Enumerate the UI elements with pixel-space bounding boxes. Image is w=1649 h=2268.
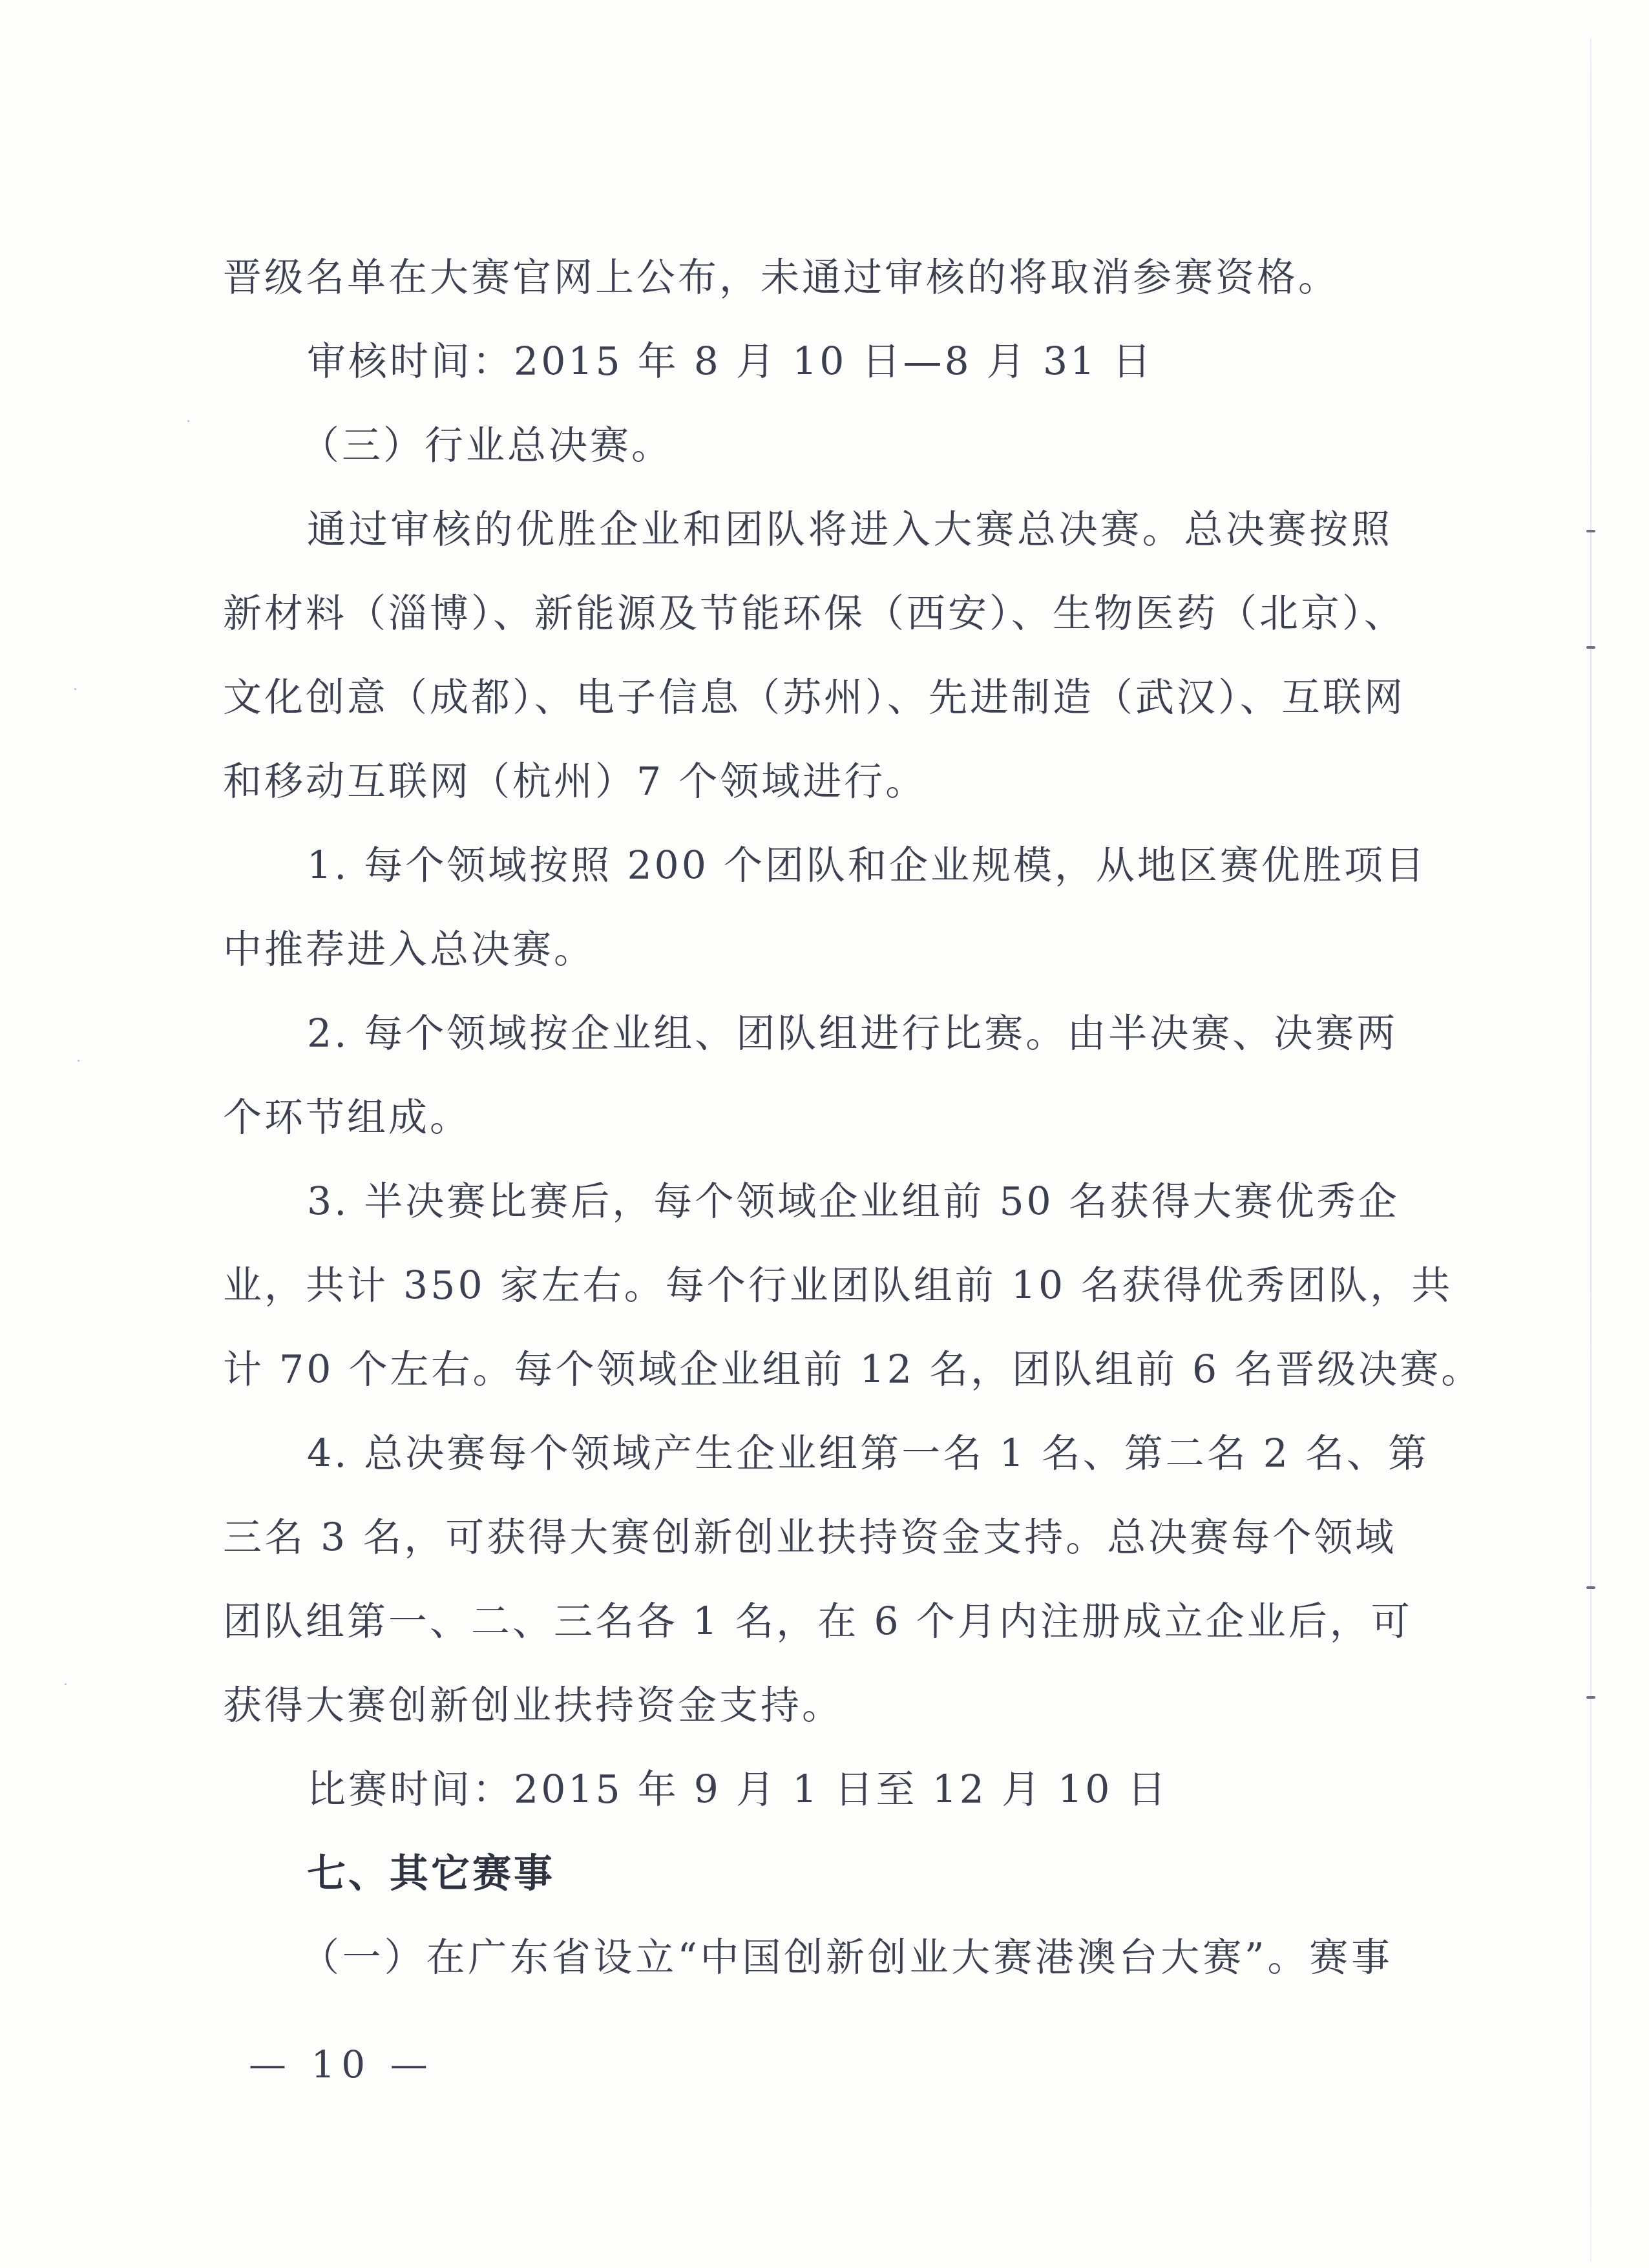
scan-edge-line xyxy=(1590,39,1591,2262)
list-item-2: 2. 每个领域按企业组、团队组进行比赛。由半决赛、决赛两 xyxy=(307,1008,1392,1060)
body-line: 文化创意（成都）、电子信息（苏州）、先进制造（武汉）、互联网 xyxy=(223,672,1392,724)
scan-mark xyxy=(1586,646,1595,649)
body-line: 业，共计 350 家左右。每个行业团队组前 10 名获得优秀团队，共 xyxy=(223,1260,1392,1312)
scan-mark xyxy=(1586,1696,1595,1699)
section-heading-other-events: 七、其它赛事 xyxy=(307,1848,1392,1900)
body-line: 通过审核的优胜企业和团队将进入大赛总决赛。总决赛按照 xyxy=(307,504,1392,556)
list-item-1: 1. 每个领域按照 200 个团队和企业规模，从地区赛优胜项目 xyxy=(307,840,1392,892)
scan-speck xyxy=(78,1060,79,1062)
body-line: 和移动互联网（杭州）7 个领域进行。 xyxy=(223,756,1392,808)
scan-mark xyxy=(1586,530,1595,532)
body-line: 三名 3 名，可获得大赛创新创业扶持资金支持。总决赛每个领域 xyxy=(223,1512,1392,1564)
body-line: 个环节组成。 xyxy=(223,1092,1392,1144)
document-page: 晋级名单在大赛官网上公布，未通过审核的将取消参赛资格。 审核时间：2015 年 … xyxy=(0,0,1649,2268)
list-item-3: 3. 半决赛比赛后，每个领域企业组前 50 名获得大赛优秀企 xyxy=(307,1176,1392,1228)
body-line: 团队组第一、二、三名各 1 名，在 6 个月内注册成立企业后，可 xyxy=(223,1596,1392,1648)
body-line: 晋级名单在大赛官网上公布，未通过审核的将取消参赛资格。 xyxy=(223,252,1392,304)
scan-speck xyxy=(74,688,76,690)
body-line: 新材料（淄博）、新能源及节能环保（西安）、生物医药（北京）、 xyxy=(223,588,1392,640)
page-number: — 10 — xyxy=(249,2039,434,2090)
competition-time: 比赛时间：2015 年 9 月 1 日至 12 月 10 日 xyxy=(307,1764,1392,1816)
body-line: 获得大赛创新创业扶持资金支持。 xyxy=(223,1680,1392,1732)
body-line: （一）在广东省设立“中国创新创业大赛港澳台大赛”。赛事 xyxy=(300,1932,1392,1984)
scan-speck xyxy=(65,1683,67,1685)
section-heading-finals: （三）行业总决赛。 xyxy=(300,420,1386,472)
body-line: 计 70 个左右。每个领域企业组前 12 名，团队组前 6 名晋级决赛。 xyxy=(223,1344,1392,1396)
review-time: 审核时间：2015 年 8 月 10 日—8 月 31 日 xyxy=(307,336,1392,388)
scan-mark xyxy=(1586,1586,1595,1589)
list-item-4: 4. 总决赛每个领域产生企业组第一名 1 名、第二名 2 名、第 xyxy=(307,1428,1392,1480)
body-line: 中推荐进入总决赛。 xyxy=(223,924,1392,976)
scan-speck xyxy=(187,420,189,422)
